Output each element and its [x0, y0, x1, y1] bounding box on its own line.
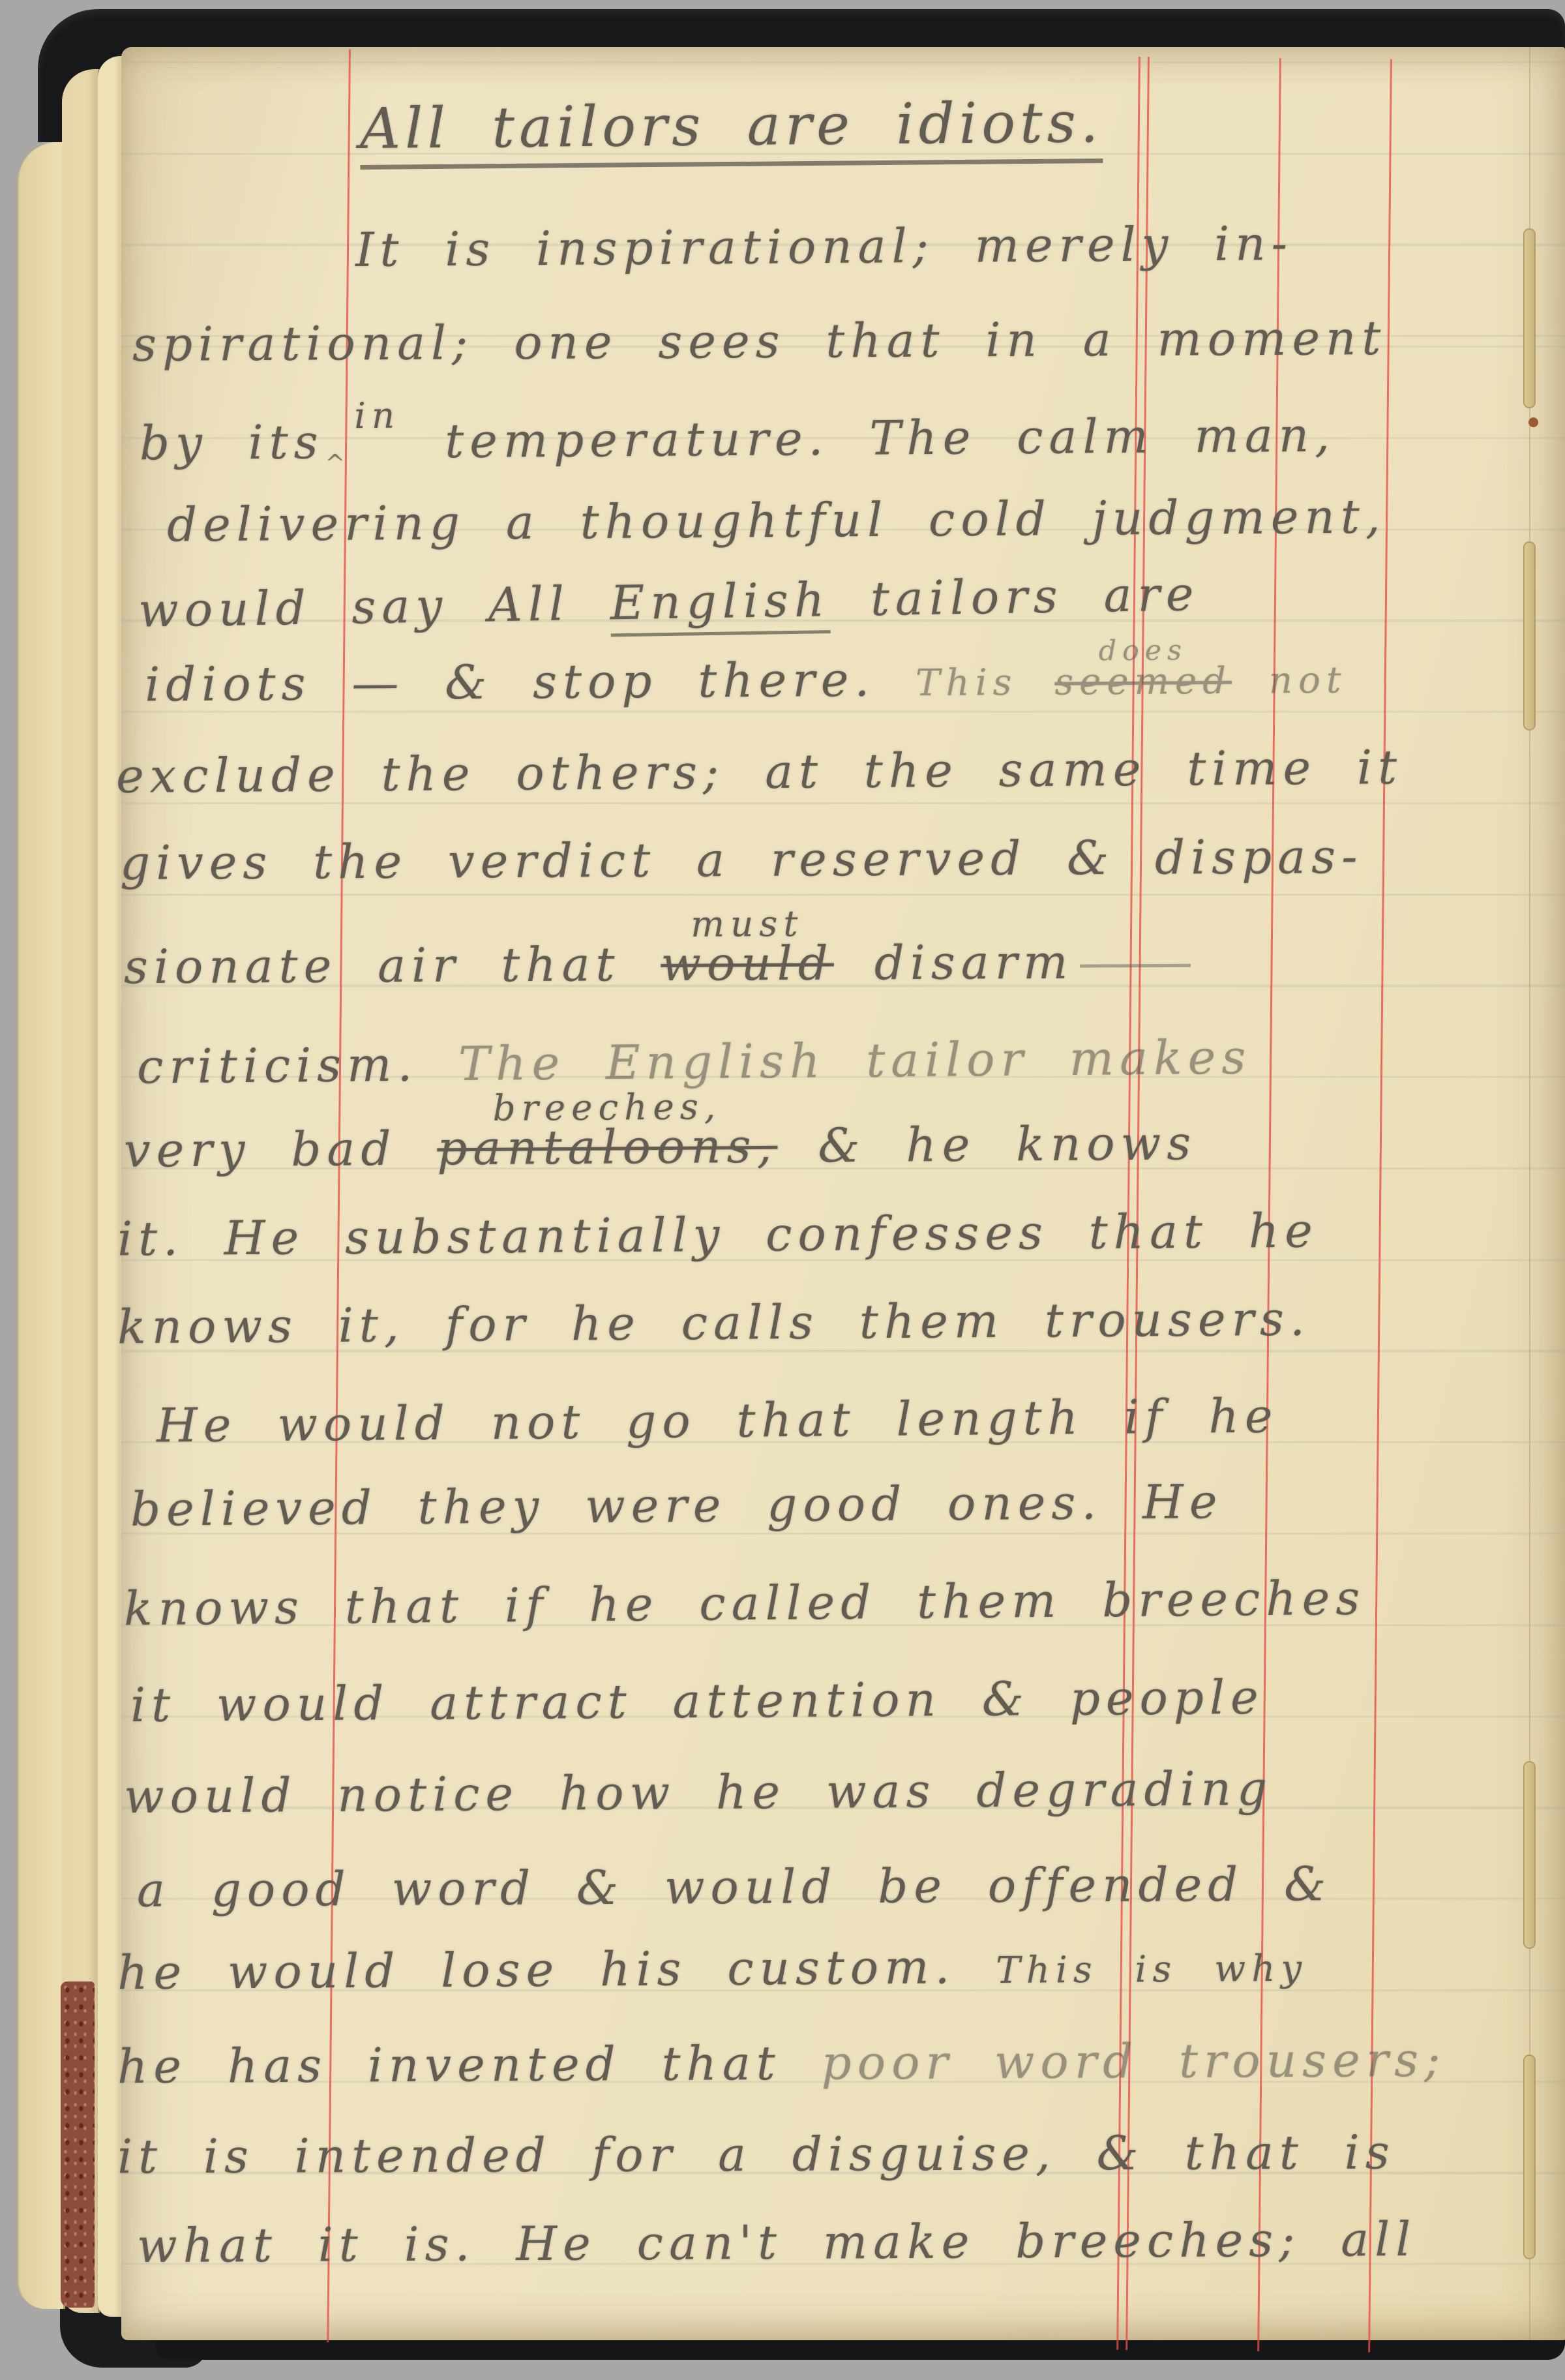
manuscript-line: exclude the others; at the same time it — [116, 744, 1403, 800]
manuscript-line: knows it, for he calls them trousers. — [117, 1295, 1311, 1351]
manuscript-line: it is intended for a disguise, & that is — [117, 2129, 1395, 2180]
manuscript-line: idiots — & stop there. This seemeddoes n… — [145, 653, 1347, 708]
manuscript-line: believed they were good ones. He — [130, 1478, 1223, 1533]
inserted-word: in — [354, 398, 400, 434]
manuscript-line: by its^in temperature. The calm man, — [140, 412, 1336, 477]
text-segment: what it is. He can't make breeches; all — [137, 2212, 1417, 2273]
notebook-page: All tailors are idiots. It is inspiratio… — [121, 47, 1565, 2340]
manuscript-line: gives the verdict a reserved & dispas- — [120, 833, 1364, 886]
manuscript-line: he has invented that poor word trousers; — [117, 2036, 1446, 2090]
manuscript-line: he would lose his custom. This is why — [117, 1941, 1308, 1996]
text-segment: spirational; one sees that in a moment — [132, 310, 1387, 372]
text-segment: knows that if he called them breeches — [124, 1571, 1366, 1636]
inserted-word: breeches, — [492, 1089, 721, 1126]
text-segment: not — [1232, 659, 1347, 702]
manuscript-line: it would attract attention & people — [130, 1674, 1264, 1728]
underlined-word: English — [610, 572, 831, 637]
manuscript-line: very bad pantaloons,breeches, & he knows — [124, 1119, 1197, 1173]
text-segment: it would attract attention & people — [130, 1670, 1264, 1732]
text-segment: This — [916, 661, 1055, 704]
text-segment: knows it, for he calls them trousers. — [117, 1291, 1311, 1355]
text-segment: This is why — [996, 1948, 1307, 1992]
text-segment: believed they were good ones. He — [130, 1474, 1223, 1537]
page-stack-edge-outer — [18, 142, 65, 2309]
text-segment: delivering a thoughtful cold judgment, — [167, 489, 1386, 552]
text-segment: a good word & would be offended & — [137, 1856, 1332, 1918]
manuscript-line: It is inspirational; merely in- — [355, 220, 1293, 273]
text-segment: he has invented that — [117, 2036, 822, 2094]
text-segment: he would lose his custom. — [117, 1939, 996, 2000]
inserted-word: must — [691, 906, 803, 942]
page-stack-edge-middle — [62, 69, 100, 2313]
text-segment: would say All — [138, 575, 610, 637]
manuscript-title: All tailors are idiots. — [360, 95, 1103, 170]
text-segment: it is intended for a disguise, & that is — [117, 2125, 1395, 2184]
text-segment: He would not go that length if he — [156, 1388, 1279, 1453]
revision: pantaloons,breeches, — [437, 1122, 778, 1172]
manuscript-line: knows that if he called them breeches — [124, 1574, 1366, 1633]
text-segment: would notice how he was degrading — [124, 1761, 1274, 1824]
manuscript-line: spirational; one sees that in a moment — [132, 314, 1387, 368]
text-segment: by its — [140, 414, 324, 470]
marbled-page-block-edge — [61, 1981, 95, 2308]
pencil-flourish — [1080, 964, 1191, 968]
text-segment: It is inspirational; merely in- — [355, 216, 1293, 277]
text-segment: sionate air that — [124, 937, 661, 994]
text-segment: idiots — & stop there. — [145, 652, 916, 712]
manuscript-line: He would not go that length if he — [156, 1392, 1279, 1449]
manuscript-line: would notice how he was degrading — [124, 1765, 1274, 1820]
insertion-caret: ^ — [325, 450, 351, 477]
inserted-word: does — [1099, 637, 1187, 666]
manuscript-line: delivering a thoughtful cold judgment, — [167, 492, 1386, 548]
text-segment: tailors are — [829, 566, 1200, 627]
manuscript-line: criticism. The English tailor makes — [137, 1034, 1252, 1091]
text-segment: exclude the others; at the same time it — [116, 740, 1403, 804]
manuscript-line: would say All English tailors are — [138, 570, 1200, 634]
text-segment: & he knows — [777, 1115, 1197, 1173]
text-segment: it. He substantially confesses that he — [117, 1203, 1319, 1267]
manuscript-line: sionate air that wouldmust disarm — [124, 938, 1191, 991]
manuscript-line: a good word & would be offended & — [137, 1860, 1332, 1914]
manuscript-line: it. He substantially confesses that he — [117, 1207, 1319, 1263]
text-segment: poor word trousers; — [821, 2032, 1446, 2090]
revision: seemeddoes — [1054, 663, 1232, 701]
text-segment: criticism. — [137, 1036, 459, 1094]
text-segment: very bad — [124, 1121, 438, 1177]
manuscript-line: what it is. He can't make breeches; all — [137, 2216, 1417, 2269]
text-segment: temperature. The calm man, — [404, 408, 1335, 469]
manuscript-text: All tailors are idiots. It is inspiratio… — [121, 47, 1565, 2340]
text-segment: disarm — [834, 935, 1074, 991]
revision: wouldmust — [661, 940, 834, 987]
text-segment: The English tailor makes — [458, 1030, 1252, 1092]
text-segment: gives the verdict a reserved & dispas- — [120, 829, 1364, 890]
